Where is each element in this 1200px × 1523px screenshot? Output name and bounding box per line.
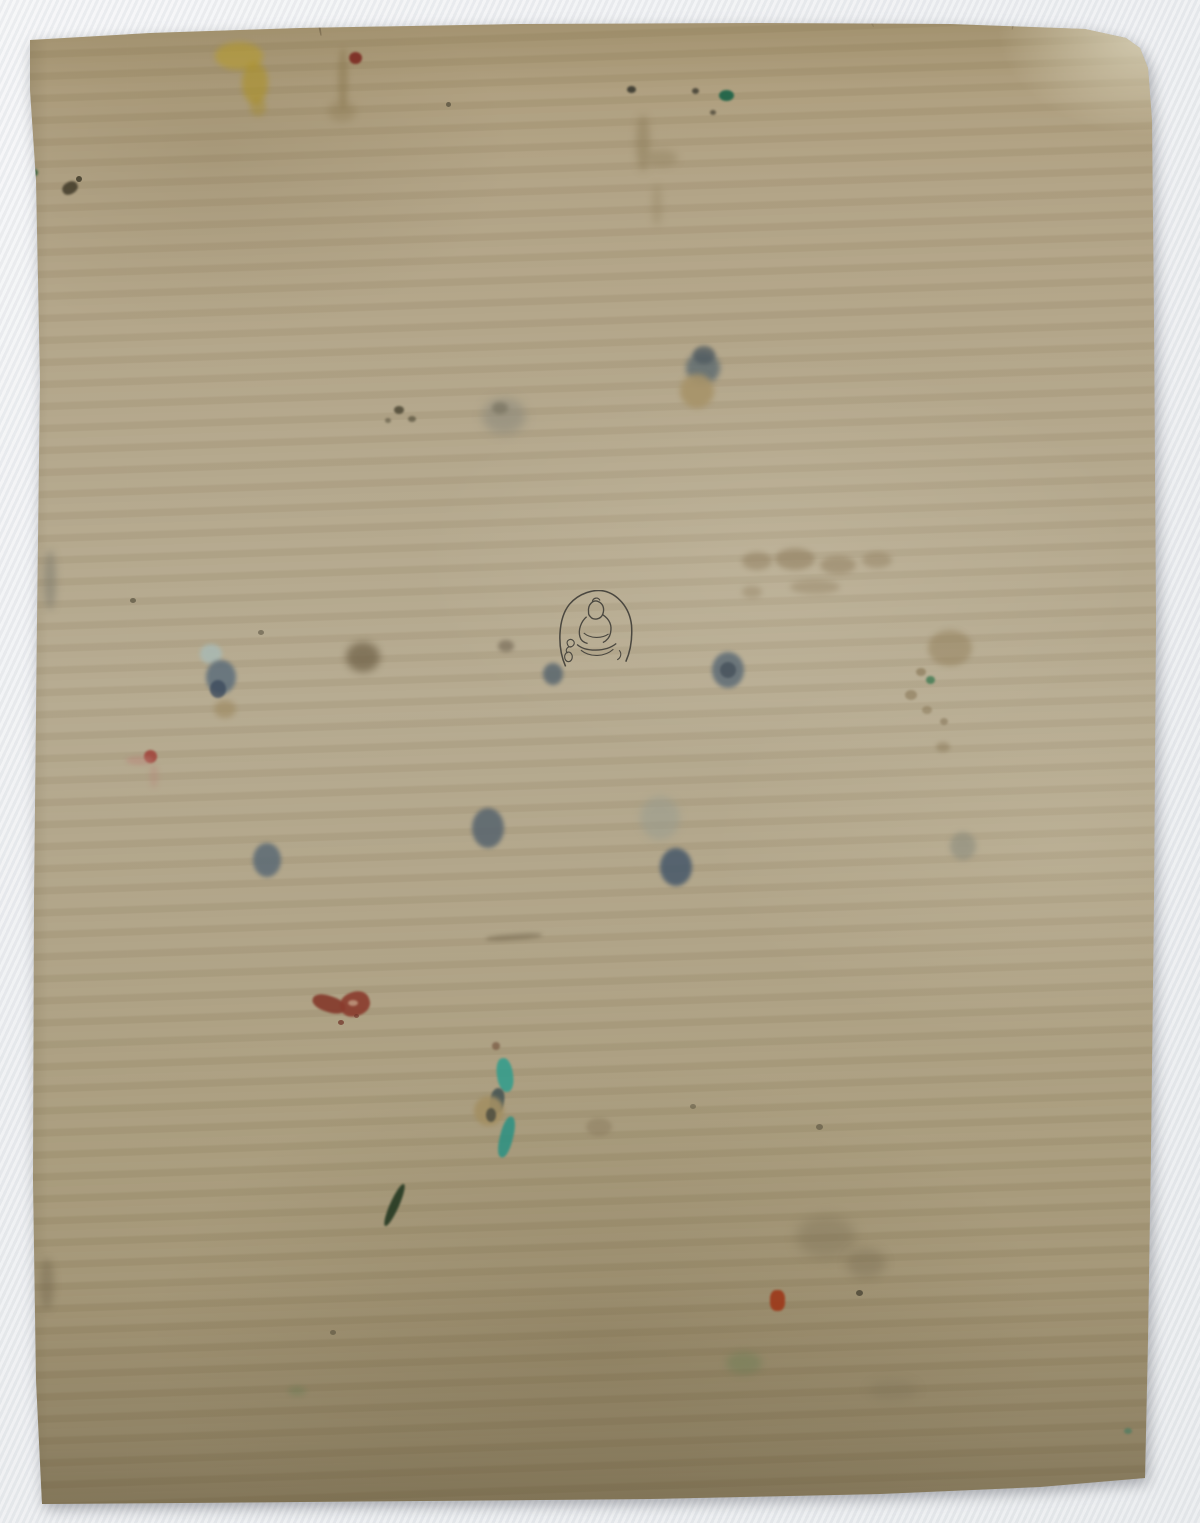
speck bbox=[690, 1104, 696, 1109]
canvas-sheet bbox=[0, 0, 1200, 1523]
red-mark-highlight bbox=[348, 1000, 358, 1006]
dark-speck bbox=[692, 88, 699, 94]
tan-blot bbox=[680, 374, 714, 408]
thread-top-right bbox=[1011, 2, 1019, 30]
red-dot-top bbox=[349, 52, 362, 64]
green-slash bbox=[381, 1182, 408, 1228]
gray-patch bbox=[640, 796, 680, 840]
speck-band bbox=[862, 552, 892, 568]
canvas-surface bbox=[0, 0, 1200, 1523]
brown-branch-blot bbox=[328, 100, 356, 122]
brown-blob-outline bbox=[928, 630, 972, 666]
brown-dot bbox=[492, 1042, 500, 1050]
red-mark-speck bbox=[354, 1014, 359, 1018]
green-dot bbox=[926, 676, 935, 684]
dark-speck bbox=[385, 418, 391, 423]
small-dark-dab bbox=[498, 640, 514, 652]
green-fleck-left-edge bbox=[26, 168, 38, 177]
gray-spot-right bbox=[950, 832, 976, 860]
dark-tip bbox=[486, 1108, 496, 1122]
dark-streak-left-bottom bbox=[40, 1258, 54, 1310]
blue-blob bbox=[472, 808, 504, 848]
seated-figure-ink-sketch bbox=[552, 590, 648, 676]
speck-trail bbox=[936, 742, 950, 752]
dark-speck bbox=[710, 110, 716, 115]
red-mark-speck bbox=[338, 1020, 344, 1025]
scratch-line bbox=[486, 932, 542, 942]
green-smudge-left-bottom bbox=[288, 1386, 306, 1396]
gray-streak-left-edge bbox=[44, 550, 56, 610]
photo-backdrop bbox=[0, 0, 1200, 1523]
dark-smudge-bottom bbox=[846, 1248, 886, 1278]
thread-top-left bbox=[316, 12, 322, 36]
speck bbox=[330, 1330, 336, 1335]
pink-streak bbox=[126, 756, 154, 765]
speck bbox=[258, 630, 264, 635]
speck bbox=[446, 102, 451, 107]
brown-smudge bbox=[346, 642, 380, 672]
thread-top-mid bbox=[863, 7, 874, 28]
darkblue-blob bbox=[660, 848, 692, 886]
gray-smudge-dark bbox=[492, 402, 508, 414]
speck-band bbox=[790, 580, 840, 594]
branch-stain-center bbox=[636, 115, 650, 171]
green-fleck-top bbox=[719, 90, 734, 101]
dark-mark-left-dot bbox=[76, 176, 82, 182]
pink-streak-down bbox=[150, 764, 158, 788]
orange-red-spot bbox=[770, 1290, 785, 1311]
dark-smudge-bottom bbox=[796, 1216, 856, 1258]
speck-band bbox=[742, 586, 762, 598]
dark-speck bbox=[627, 86, 636, 93]
speck-trail bbox=[905, 690, 917, 700]
blue-smudge-dark bbox=[693, 346, 715, 364]
teal-speck-right-edge bbox=[1124, 1428, 1132, 1434]
dark-dot-bottom bbox=[856, 1290, 863, 1296]
navy-patch bbox=[210, 680, 226, 698]
speck-trail bbox=[922, 706, 932, 714]
dark-speck bbox=[408, 416, 416, 422]
blue-blob bbox=[253, 843, 281, 877]
faint-smudge-bottom bbox=[868, 1380, 918, 1400]
faint-n-mark bbox=[586, 1118, 612, 1136]
blue-spot-dark-center bbox=[720, 662, 736, 678]
speck-band bbox=[820, 556, 856, 574]
dark-speck bbox=[394, 406, 404, 414]
speck bbox=[816, 1124, 823, 1130]
speck-band bbox=[775, 548, 815, 570]
branch-stain-center bbox=[652, 184, 662, 226]
branch-stain-center bbox=[646, 150, 678, 166]
speck bbox=[130, 598, 136, 603]
yellow-stain-tail bbox=[250, 98, 266, 116]
green-smudge-bottom bbox=[726, 1352, 762, 1374]
tan-patch bbox=[214, 700, 236, 718]
speck-trail bbox=[916, 668, 926, 676]
speck-trail bbox=[940, 718, 948, 725]
speck-band bbox=[742, 552, 772, 570]
